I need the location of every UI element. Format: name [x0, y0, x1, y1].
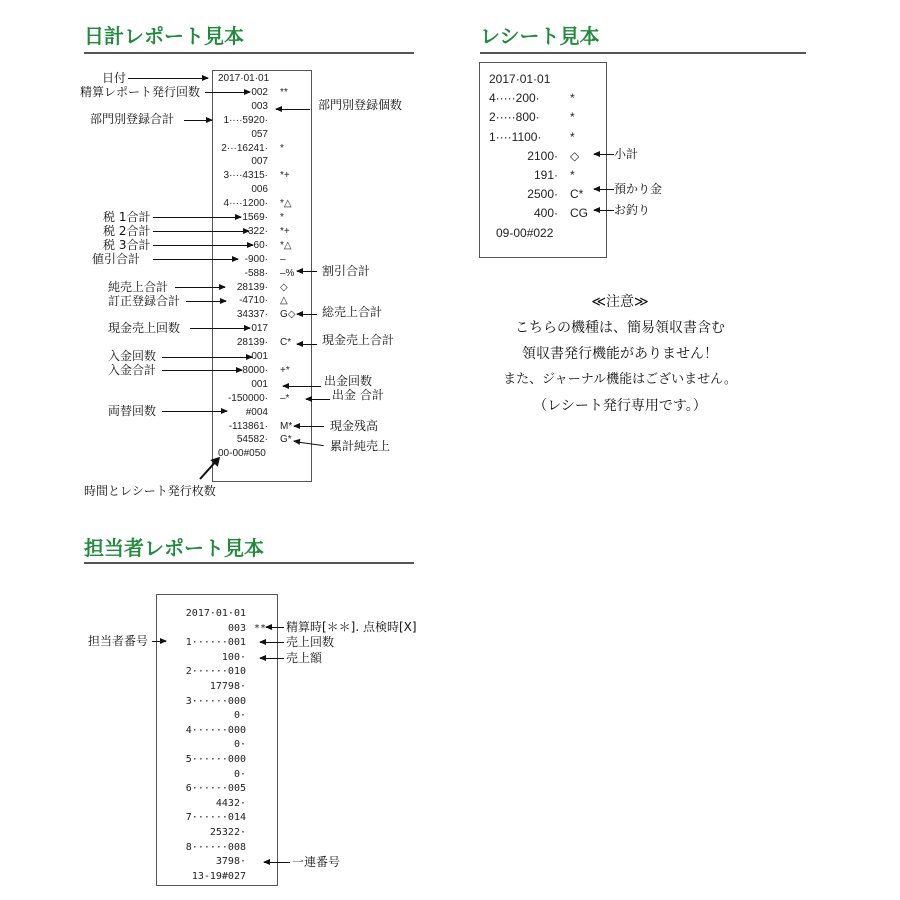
label-sales-count: 売上回数: [286, 635, 334, 649]
daily-report-line: 003: [251, 101, 268, 113]
daily-report-mark: M*: [280, 421, 292, 433]
arrow: [297, 314, 317, 315]
arrow: [260, 642, 284, 643]
daily-report-line: 8000·: [242, 365, 268, 377]
arrow: [153, 231, 249, 232]
daily-report-mark: +*: [280, 365, 290, 377]
staff-report-line: 13-19#027: [192, 870, 246, 884]
staff-report-line: 0·: [234, 738, 246, 752]
daily-report-line: 001: [251, 379, 268, 391]
daily-report-line: 28139·: [237, 337, 268, 349]
receipt-line: 09-00#022: [496, 226, 553, 240]
staff-report-line: 0·: [234, 709, 246, 723]
daily-report-mark: ◇: [280, 282, 288, 294]
arrow: [153, 217, 241, 218]
daily-report-line: 34337·: [237, 309, 268, 321]
receipt-line: 2500·: [527, 187, 558, 201]
daily-report-line: 322·: [248, 226, 268, 238]
label-time-receipts: 時間とレシート発行枚数: [84, 484, 216, 498]
arrow: [186, 301, 226, 302]
staff-report-line: 5······000: [186, 753, 246, 767]
label-deposit-total: 入金合計: [108, 363, 156, 377]
receipt-mark: CG: [570, 206, 588, 220]
label-cumulative-net: 累計純売上: [330, 439, 390, 453]
staff-report-line: 2017·01·01: [186, 607, 246, 621]
label-tax1: 税 1合計: [103, 210, 150, 224]
arrow: [153, 259, 238, 260]
daily-report-mark: △: [280, 295, 288, 307]
staff-report-title: 担当者レポート見本: [84, 536, 264, 560]
arrow: [266, 627, 284, 628]
receipt-mark: C*: [570, 187, 583, 201]
staff-report-line: 25322·: [210, 826, 246, 840]
arrow: [205, 92, 250, 93]
daily-report-line: -113861·: [229, 421, 268, 433]
staff-report-line: 4432·: [216, 797, 246, 811]
daily-report-line: 60·: [254, 240, 268, 252]
staff-report-line: 0·: [234, 768, 246, 782]
daily-report-line: 007: [251, 156, 268, 168]
arrow: [276, 109, 310, 110]
label-date: 日付: [102, 71, 126, 85]
daily-report-mark: G*: [280, 434, 292, 446]
label-gross-sales: 総売上合計: [322, 305, 382, 319]
notice-line: また、ジャーナル機能はございません。: [470, 368, 770, 392]
receipt-mark: *: [570, 91, 575, 105]
arrow: [283, 386, 321, 387]
arrow: [294, 426, 324, 427]
staff-report-line: 1······001: [186, 636, 246, 650]
daily-report-line: -588·: [245, 268, 268, 280]
staff-report-line: 003: [228, 622, 246, 636]
label-tendered: 預かり金: [614, 182, 662, 196]
label-dept-total: 部門別登録合計: [90, 112, 174, 126]
label-correction: 訂正登録合計: [108, 294, 180, 308]
arrow: [128, 78, 208, 79]
daily-report-mark: *△: [280, 198, 292, 210]
daily-report-mark: –%: [280, 268, 294, 280]
staff-report-line: 8······008: [186, 841, 246, 855]
daily-report-line: 2···16241·: [221, 143, 268, 155]
staff-report-line: 6······005: [186, 782, 246, 796]
receipt-mark: ◇: [570, 149, 579, 163]
notice-line: （レシート発行専用です。）: [470, 394, 770, 418]
daily-report-line: 057: [251, 129, 268, 141]
daily-report-mark: C*: [280, 337, 291, 349]
label-cash-sales-count: 現金売上回数: [108, 321, 180, 335]
daily-report-line: -150000·: [228, 393, 268, 405]
daily-report-line: 3····4315·: [224, 170, 268, 182]
staff-report-line: 3······000: [186, 695, 246, 709]
receipt-line: 2·····800·: [489, 110, 540, 124]
arrow: [152, 641, 166, 642]
label-cash-sales-total: 現金売上合計: [322, 333, 394, 347]
staff-report-line: 2······010: [186, 665, 246, 679]
daily-report-mark: *: [280, 143, 284, 155]
daily-report-mark: –*: [280, 393, 289, 405]
arrow: [175, 287, 225, 288]
label-withdraw-total: 出金 合計: [332, 388, 384, 402]
label-change: お釣り: [614, 203, 650, 217]
label-settlement-count: 精算レポート発行回数: [80, 85, 200, 99]
receipt-line: 2100·: [527, 149, 558, 163]
daily-report-mark: **: [280, 87, 288, 99]
label-deposit-count: 入金回数: [108, 349, 156, 363]
notice-heading: ≪注意≫: [470, 290, 770, 314]
notice-line: こちらの機種は、簡易領収書含む: [470, 316, 770, 340]
arrow: [594, 189, 614, 190]
label-sales-amount: 売上額: [286, 651, 322, 665]
arrow: [162, 411, 227, 412]
daily-report-line: -4710·: [239, 295, 268, 307]
daily-report-line: #004: [246, 407, 268, 419]
receipt-mark: *: [570, 130, 575, 144]
label-withdraw-count: 出金回数: [324, 374, 372, 388]
arrow: [153, 245, 253, 246]
arrow: [594, 154, 614, 155]
receipt-mark: *: [570, 110, 575, 124]
daily-report-line: 002: [251, 87, 268, 99]
daily-report-mark: *△: [280, 240, 292, 252]
arrow: [594, 210, 614, 211]
daily-report-line: 001: [251, 351, 268, 363]
receipt-line: 191·: [534, 168, 558, 182]
notice-line: 領収書発行機能がありません！: [470, 342, 770, 366]
staff-report-line: 4······000: [186, 724, 246, 738]
staff-report-line: 100·: [222, 651, 246, 665]
receipt-line: 2017·01·01: [489, 72, 550, 86]
receipt-divider: [480, 52, 806, 54]
daily-report-mark: *+: [280, 170, 290, 182]
label-exchange-count: 両替回数: [108, 404, 156, 418]
arrow: [184, 120, 212, 121]
daily-report-line: 1569·: [242, 212, 268, 224]
daily-report-mark: G◇: [280, 309, 295, 321]
staff-report-line: 7······014: [186, 811, 246, 825]
daily-report-line: 2017·01·01: [218, 73, 269, 85]
label-net-sales: 純売上合計: [108, 280, 168, 294]
staff-report-divider: [84, 562, 414, 564]
label-dept-count: 部門別登録個数: [318, 98, 402, 112]
arrow: [260, 658, 284, 659]
daily-report-mark: –: [280, 254, 286, 266]
label-cash-balance: 現金残高: [330, 419, 378, 433]
daily-report-line: 017: [251, 323, 268, 335]
daily-report-mark: *: [280, 212, 284, 224]
daily-report-divider: [84, 52, 414, 54]
arrow: [264, 862, 290, 863]
label-discount-amount: 値引合計: [92, 252, 140, 266]
label-serial-no: 一連番号: [292, 855, 340, 869]
receipt-title: レシート見本: [480, 24, 600, 48]
daily-report-mark: *+: [280, 226, 290, 238]
daily-report-line: 4····1200·: [224, 198, 268, 210]
label-staff-no: 担当者番号: [88, 634, 148, 648]
staff-report-line: 3798·: [216, 855, 246, 869]
label-mode: 精算時[＊＊]. 点検時[X]: [286, 620, 417, 634]
label-tax3: 税 3合計: [103, 238, 150, 252]
daily-report-line: 00-00#050: [218, 448, 266, 460]
arrow: [297, 344, 317, 345]
daily-report-line: 1····5920·: [224, 115, 268, 127]
receipt-line: 400·: [534, 206, 558, 220]
label-percent-discount: 割引合計: [322, 264, 370, 278]
arrow: [306, 399, 330, 400]
arrow: [190, 328, 250, 329]
receipt-mark: *: [570, 168, 575, 182]
daily-report-title: 日計レポート見本: [84, 24, 244, 48]
label-subtotal: 小計: [614, 147, 638, 161]
arrow: [162, 357, 252, 358]
arrow: [162, 370, 242, 371]
label-tax2: 税 2合計: [103, 224, 150, 238]
receipt-line: 1····1100·: [489, 130, 541, 144]
daily-report-line: 54582·: [237, 434, 268, 446]
arrow: [297, 271, 317, 272]
daily-report-line: 28139·: [237, 282, 268, 294]
staff-report-line: 17798·: [210, 680, 246, 694]
daily-report-line: -900·: [245, 254, 268, 266]
daily-report-line: 006: [251, 184, 268, 196]
receipt-line: 4·····200·: [489, 91, 540, 105]
